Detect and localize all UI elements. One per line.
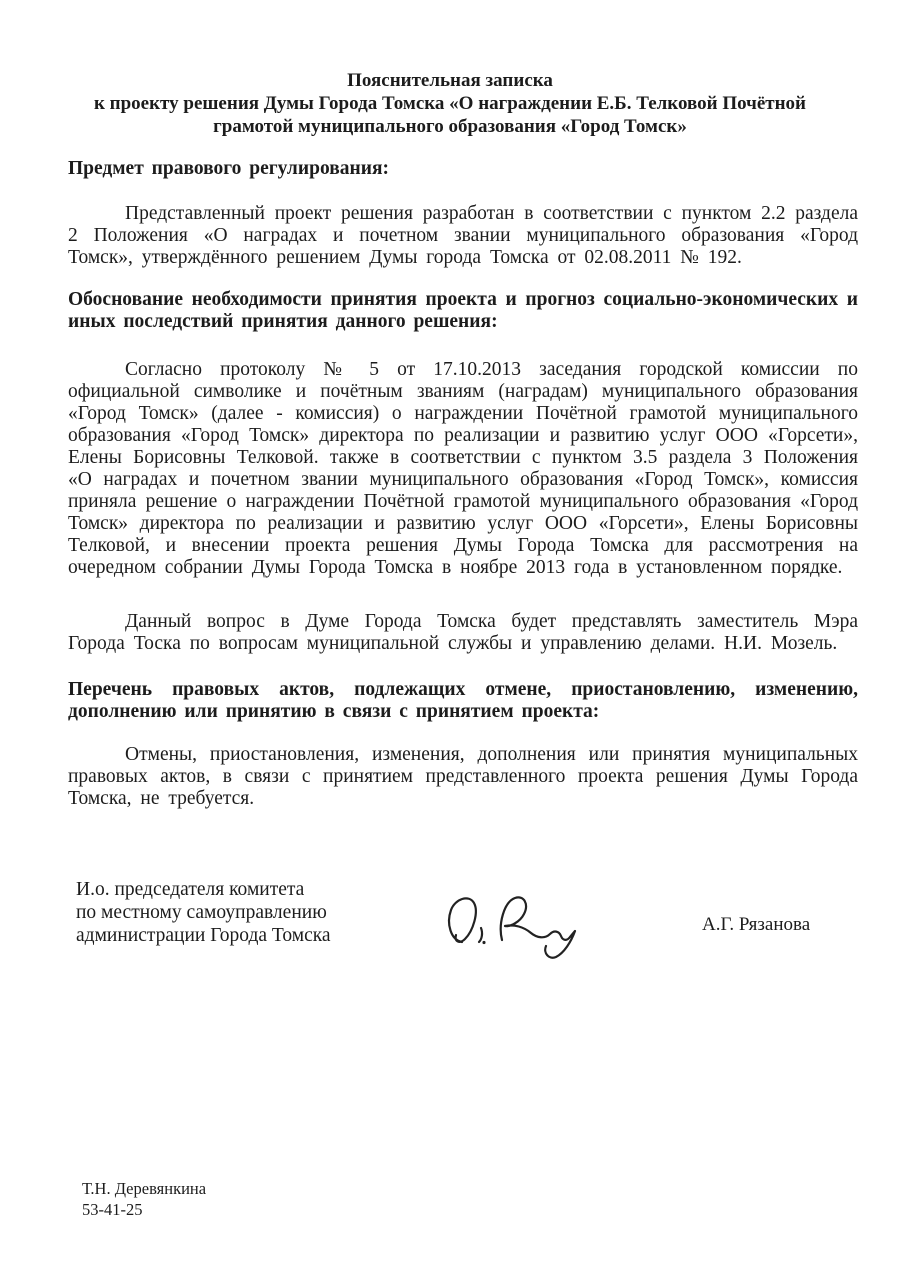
paragraph-acts: Отмены, приостановления, изменения, допо… xyxy=(68,744,858,810)
executor-phone: 53-41-25 xyxy=(82,1199,206,1220)
signature-position-line-2: по местному самоуправлению xyxy=(76,901,331,924)
heading-acts: Перечень правовых актов, подлежащих отме… xyxy=(68,679,858,723)
signature-position-block: И.о. председателя комитета по местному с… xyxy=(76,878,331,947)
executor-name: Т.Н. Деревянкина xyxy=(82,1178,206,1199)
heading-subject: Предмет правового регулирования: xyxy=(68,158,858,180)
document-page: Пояснительная записка к проекту решения … xyxy=(0,0,900,1268)
footer-block: Т.Н. Деревянкина 53-41-25 xyxy=(82,1178,206,1220)
paragraph-justification-commission: Согласно протоколу № 5 от 17.10.2013 зас… xyxy=(68,359,858,579)
signer-name: А.Г. Рязанова xyxy=(702,914,810,936)
signature-position-line-1: И.о. председателя комитета xyxy=(76,878,331,901)
signature-position-line-3: администрации Города Томска xyxy=(76,924,331,947)
paragraph-justification-presenter: Данный вопрос в Думе Города Томска будет… xyxy=(68,611,858,655)
title-line-2: к проекту решения Думы Города Томска «О … xyxy=(50,92,850,115)
heading-justification: Обоснование необходимости принятия проек… xyxy=(68,289,858,333)
document-title: Пояснительная записка к проекту решения … xyxy=(50,69,850,138)
paragraph-subject: Представленный проект решения разработан… xyxy=(68,203,858,269)
title-line-3: грамотой муниципального образования «Гор… xyxy=(50,115,850,138)
handwritten-signature-icon xyxy=(436,890,586,962)
title-line-1: Пояснительная записка xyxy=(50,69,850,92)
